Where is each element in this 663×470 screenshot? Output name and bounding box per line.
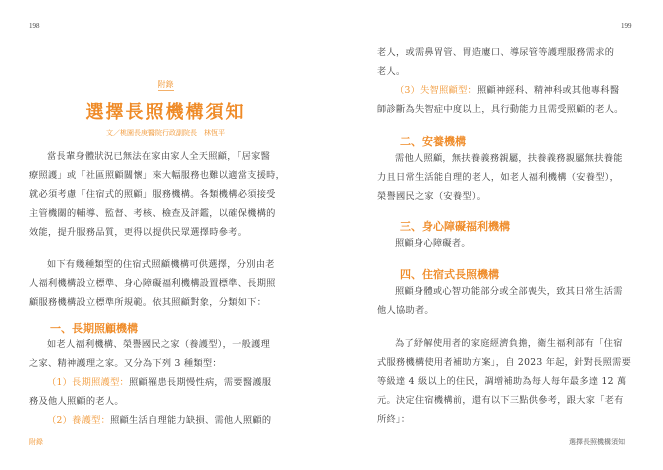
- page-number: 198: [29, 22, 40, 30]
- section-heading: 一、長期照顧機構: [50, 320, 138, 336]
- section-heading: 二、安養機構: [400, 133, 466, 149]
- list-item: （2）養護型：照顧生活自理能力缺損、需他人照顧的: [47, 411, 271, 430]
- paragraph-line: 如下有幾種類型的住宿式照顧機構可供選擇，分別由老: [47, 255, 275, 274]
- item-label: （1）長期照護型：: [47, 377, 129, 388]
- item-label: （3）失智照顧型：: [395, 85, 477, 96]
- paragraph-line: 老人，或需鼻胃管、胃造廔口、導尿管等護理服務需求的: [377, 43, 614, 62]
- paragraph-line: 所終」：: [377, 410, 410, 429]
- paragraph-line: 就必須考慮「住宿式的照顧」服務機構。各類機構必須接受: [29, 185, 276, 204]
- paragraph-line: 照顧身心障礙者。: [395, 234, 471, 253]
- paragraph-line: 榮譽國民之家（安養型）。: [377, 187, 486, 206]
- item-label: （2）養護型：: [47, 415, 110, 426]
- paragraph-line: 之家、精神護理之家。又分為下列 3 種類型：: [29, 354, 222, 373]
- paragraph-line: 為了紓解使用者的家庭經濟負擔，衛生福利部有「住宿: [395, 334, 623, 353]
- paragraph-line: 老人。: [377, 62, 405, 81]
- right-page: 199 老人，或需鼻胃管、胃造廔口、導尿管等護理服務需求的 老人。 （3）失智照…: [332, 0, 663, 470]
- section-label: 附錄: [0, 79, 331, 90]
- footer-label: 附錄: [29, 437, 43, 447]
- paragraph-line: 式服務機構使用者補助方案」，自 2023 年起，針對長照需要: [377, 353, 631, 372]
- paragraph-line: 如老人福利機構、榮譽國民之家（養護型），一般護理: [47, 335, 270, 354]
- section-heading: 四、住宿式長照機構: [400, 266, 499, 282]
- paragraph-line: 務及他人照顧的老人。: [29, 392, 124, 411]
- footer-label: 選擇長照機構須知: [569, 437, 625, 447]
- list-item: （3）失智照顧型：照顧神經科、精神科或其他專科醫: [395, 81, 619, 100]
- paragraph-line: 效能，提升服務品質，更得以提供民眾選擇時參考。: [29, 223, 247, 242]
- paragraph-line: 他人協助者。: [377, 301, 434, 320]
- paragraph-line: 主管機關的輔導、監督、考核、檢查及評鑑，以確保機構的: [29, 204, 276, 223]
- paragraph-line: 力且日常生活能自理的老人，如老人福利機構（安養型），: [377, 168, 619, 187]
- left-page: 198 附錄 選擇長照機構須知 文／桃園長庚醫院行政副院長 林恆平 當長輩身體狀…: [0, 0, 331, 470]
- paragraph-line: 照顧身體或心智功能部分或全部喪失，致其日常生活需: [395, 282, 623, 301]
- paragraph-line: 師診斷為失智症中度以上，具行動能力且需受照顧的老人。: [377, 100, 624, 119]
- paragraph-line: 等級達 4 級以上的住民，調增補助為每人每年最多達 12 萬: [377, 372, 627, 391]
- paragraph-line: 元。決定住宿機構前，還有以下三點供參考，跟大家「老有: [377, 391, 624, 410]
- byline: 文／桃園長庚醫院行政副院長 林恆平: [0, 128, 331, 138]
- list-item: （1）長期照護型：照顧罹患長期慢性病，需要醫護服: [47, 373, 271, 392]
- paragraph-line: 顧服務機構設立標準所規範。依其照顧對象，分類如下：: [29, 293, 266, 312]
- paragraph-line: 人福利機構設立標準、身心障礙福利機構設置標準、長期照: [29, 274, 276, 293]
- paragraph-line: 當長輩身體狀況已無法在家由家人全天照顧，「居家醫: [47, 147, 270, 166]
- page-title: 選擇長照機構須知: [0, 98, 331, 124]
- paragraph-line: 需他人照顧，無扶養義務親屬，扶養義務親屬無扶養能: [395, 149, 623, 168]
- page-number: 199: [621, 22, 632, 30]
- section-heading: 三、身心障礙福利機構: [400, 218, 510, 234]
- paragraph-line: 療照護」或「社區照顧關懷」來大幅服務也難以適當支援時，: [29, 166, 285, 185]
